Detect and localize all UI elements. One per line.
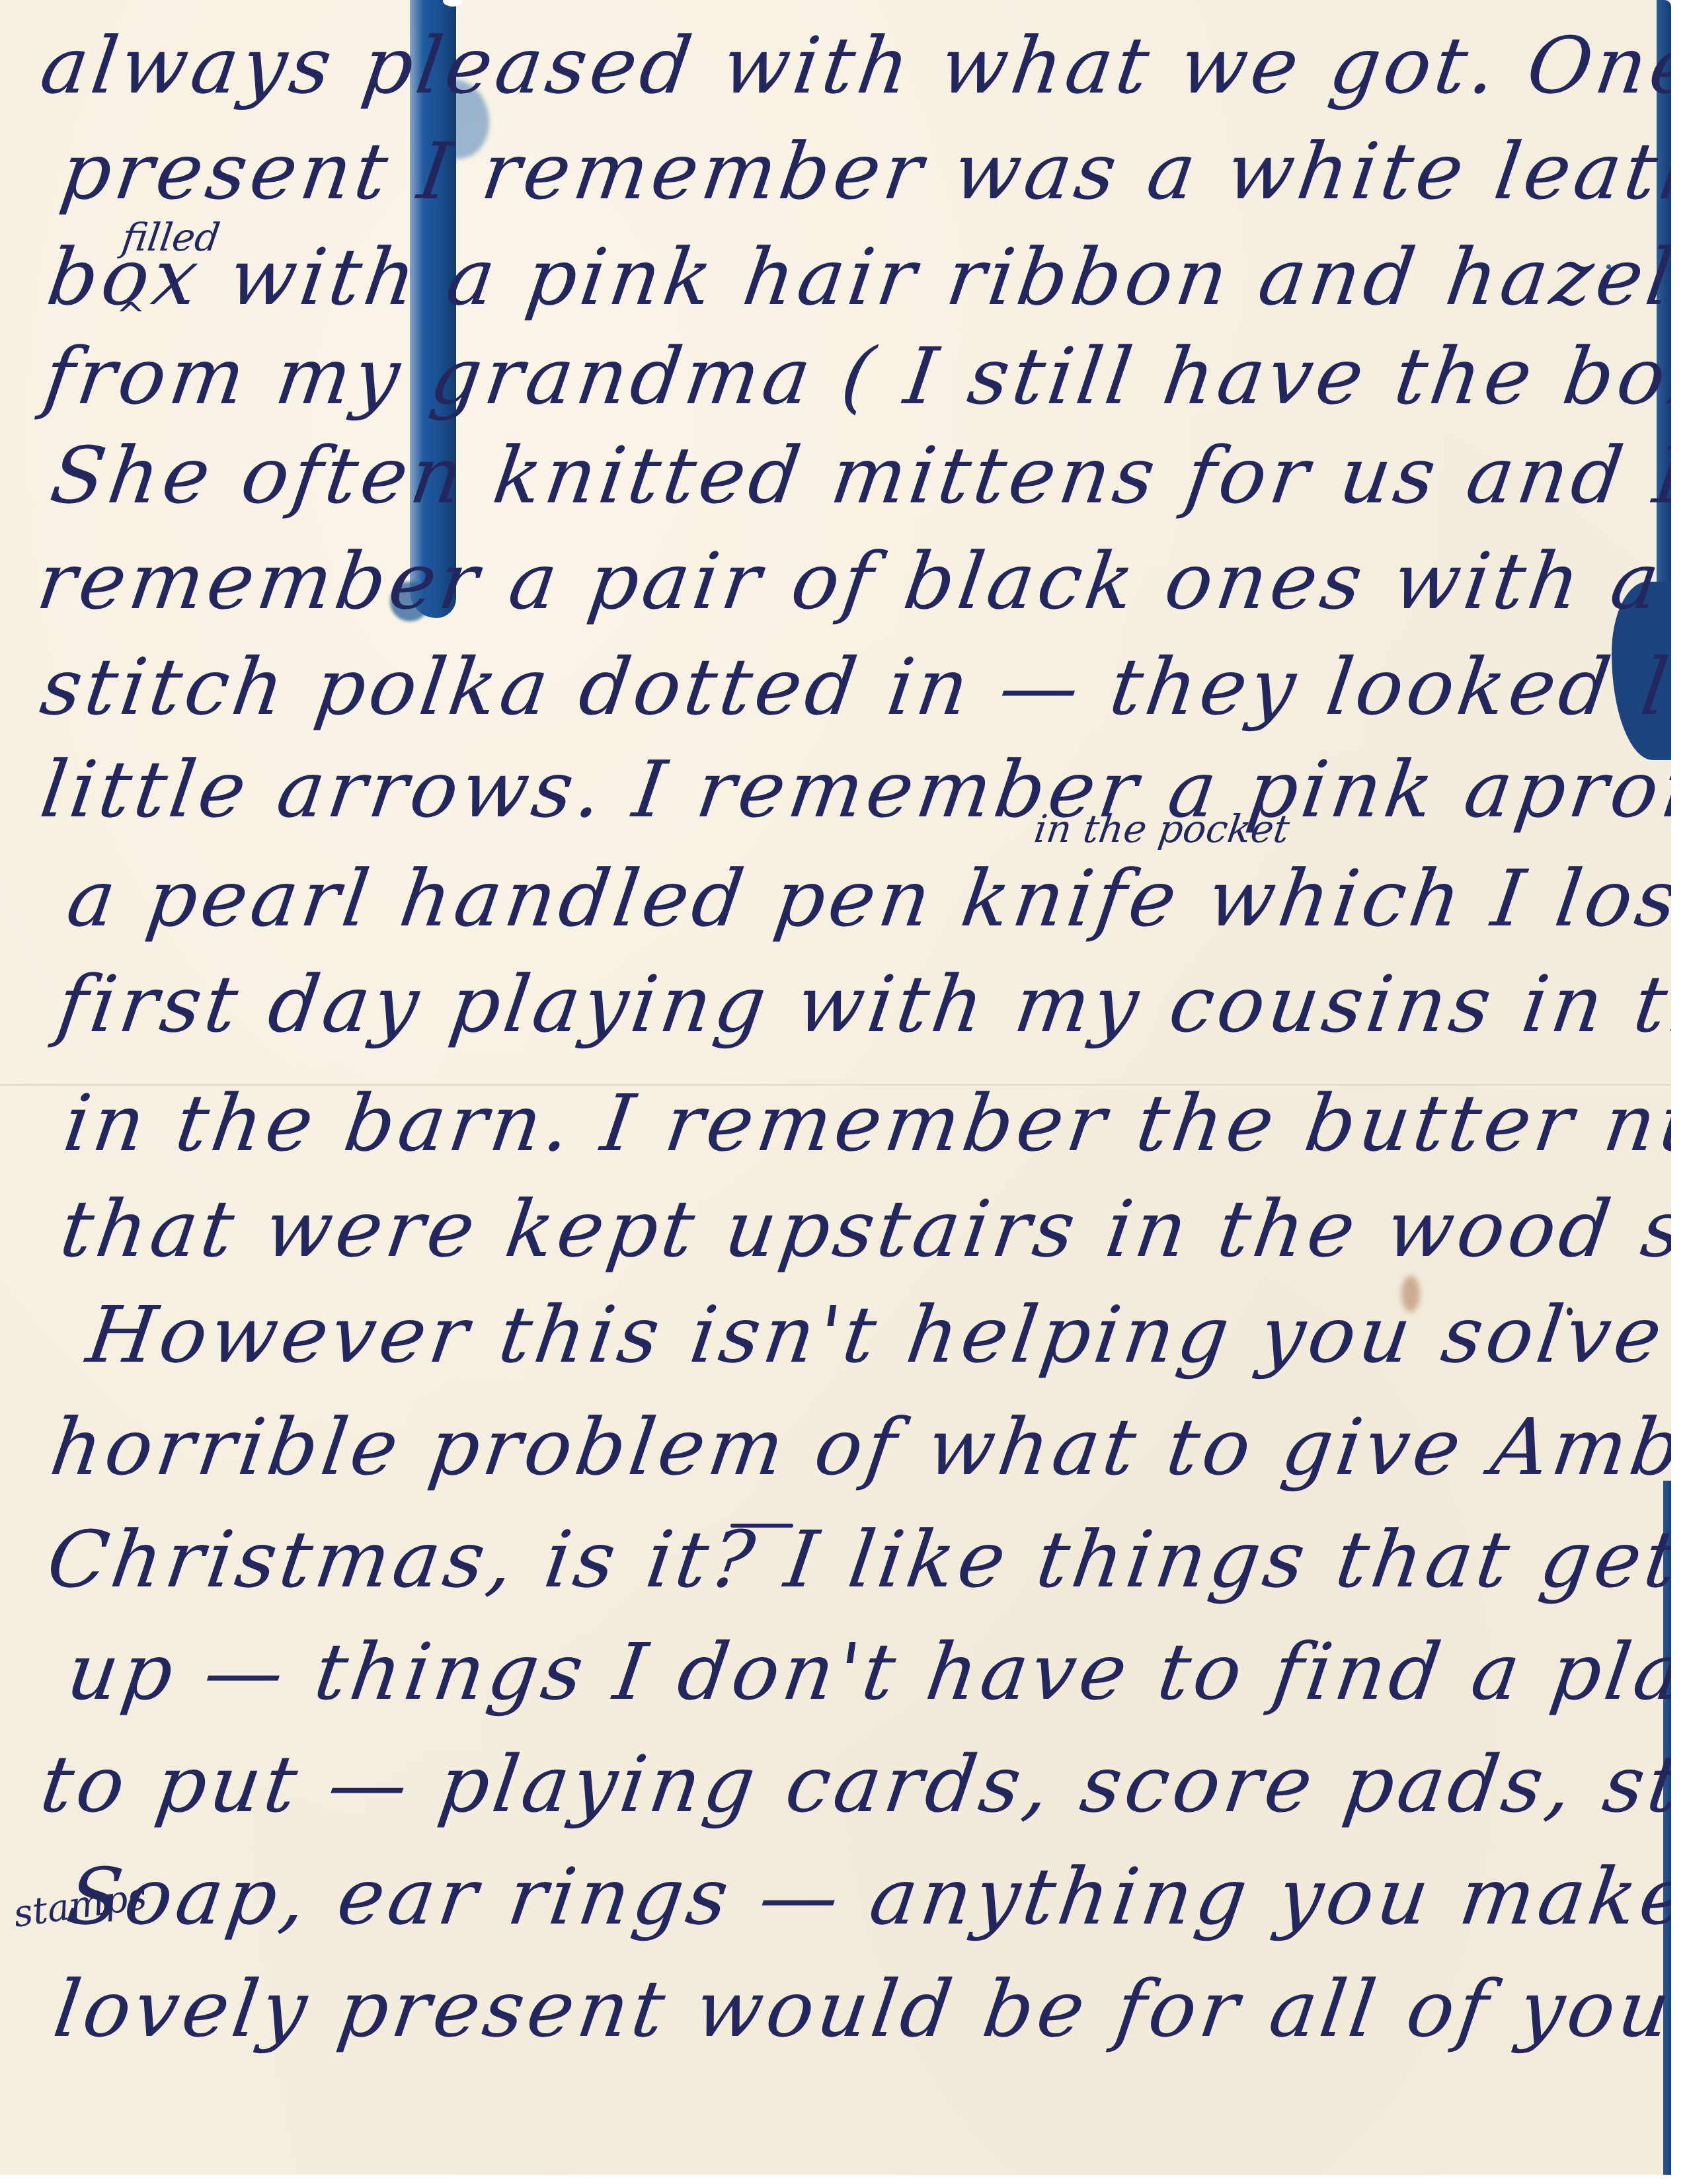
letter-line: Soap, ear rings — anything you make. A p… bbox=[63, 1857, 1671, 1935]
letter-line: remember a pair of black ones with a red bbox=[33, 542, 1671, 620]
letter-line: stitch polka dotted in — they looked lik… bbox=[36, 648, 1671, 726]
letter-line: up — things I don't have to find a place bbox=[63, 1633, 1671, 1711]
letter-line: from my grandma ( I still have the box) bbox=[40, 337, 1671, 415]
letter-line: a pearl handled pen knife which I lost t… bbox=[63, 859, 1671, 937]
scan-margin bbox=[0, 2175, 1687, 2184]
underline-what bbox=[730, 1524, 793, 1528]
inserted-word-filled: filled bbox=[120, 218, 222, 256]
inserted-phrase-in-the-pocket: in the pocket bbox=[1032, 810, 1292, 848]
letter-line: She often knitted mittens for us and I bbox=[46, 436, 1671, 514]
letter-line: in the barn. I remember the butter nuts bbox=[59, 1084, 1671, 1162]
letter-line: lovely present would be for all of you t… bbox=[50, 1970, 1671, 2048]
letter-page: always pleased with what we got. One pre… bbox=[0, 0, 1671, 2175]
letter-line: horrible problem of what to give Amber f… bbox=[46, 1408, 1671, 1486]
letter-line: to put — playing cards, score pads, stat… bbox=[36, 1745, 1671, 1823]
letter-line: box with a pink hair ribbon and hazel nu… bbox=[43, 238, 1671, 316]
letter-line: Christmas, is it? I like things that get… bbox=[43, 1520, 1671, 1598]
letter-line: little arrows. I remember a pink apron w… bbox=[36, 750, 1671, 828]
letter-line: first day playing with my cousins in the… bbox=[53, 965, 1671, 1043]
letter-line: that were kept upstairs in the wood shed… bbox=[56, 1190, 1671, 1268]
letter-line: present I remember was a white leather bbox=[56, 132, 1671, 210]
insertion-caret: ^ bbox=[116, 297, 145, 333]
letter-line: However this isn't helping you solve the bbox=[83, 1296, 1671, 1374]
letter-line: always pleased with what we got. One bbox=[36, 26, 1671, 104]
